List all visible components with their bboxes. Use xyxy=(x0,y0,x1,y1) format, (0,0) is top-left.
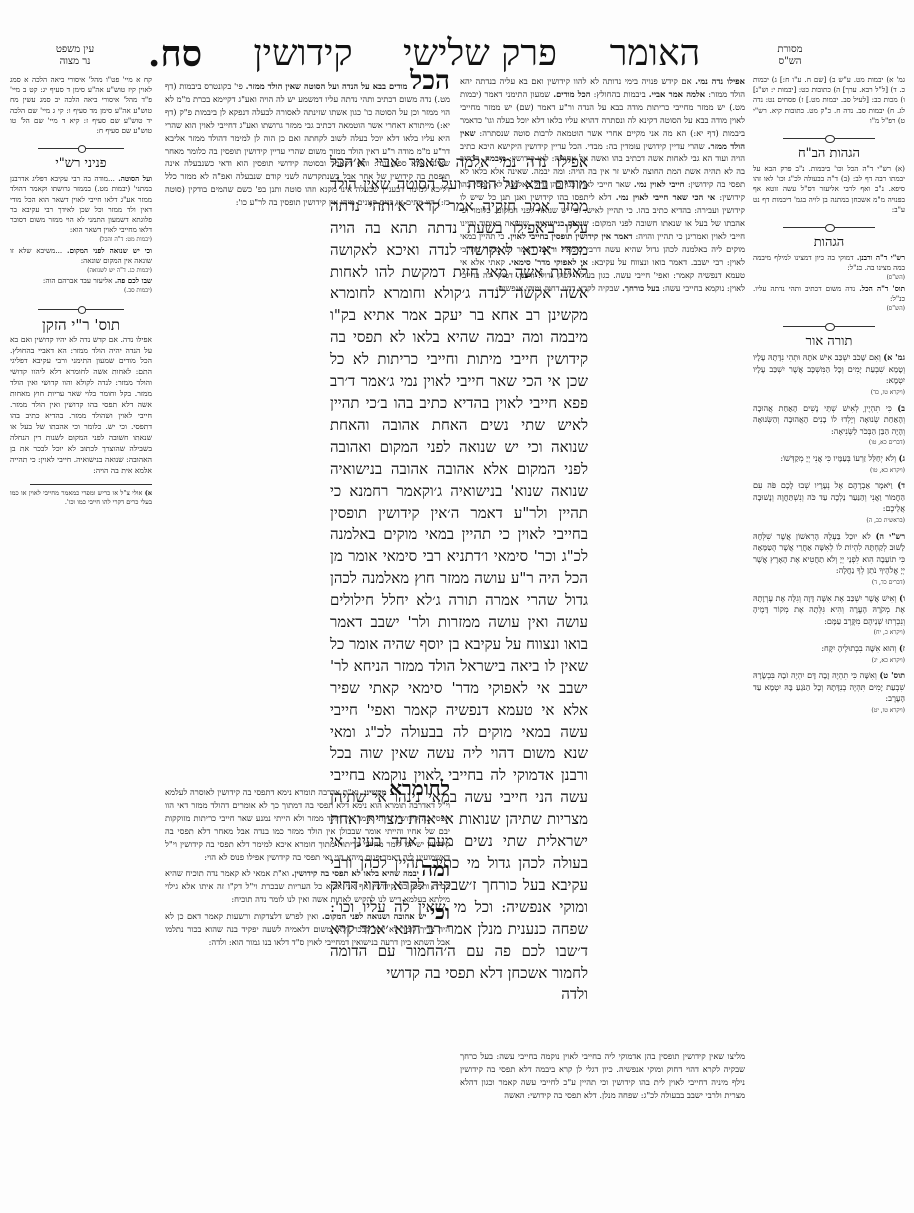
torah-or-entry: ג) וְלֹא יְחַלֵּל זַרְעוֹ בְּעַמָּיו כִּ… xyxy=(753,453,905,476)
penini-entry: ועל הסוטה. ...מודה בה רבי עקיבא דפליג אד… xyxy=(10,174,152,245)
tosafot-dibbur-hamatchil: מקשינן. xyxy=(361,787,386,797)
footnote-text: אולי צ"ל או כריש ומפרי כמאמר מחייבי לאוי… xyxy=(10,489,152,506)
ornament-divider xyxy=(38,305,123,313)
rashi-lower-block: מליצו שאין קידושין תופסין בהן אדמוקי ליה… xyxy=(460,1050,745,1102)
hagahot-habach-title: הגהות הב"ח xyxy=(753,146,905,162)
masoret-label-line1: מסורת xyxy=(755,44,825,56)
torah-or-list: גמ' א) וְאִם שָׁכֹב יִשְׁכַּב אִישׁ אֹתָ… xyxy=(753,352,905,716)
ein-mishpat-label: עין משפט נר מצוה xyxy=(40,44,110,68)
masoret-hashas-label: מסורת הש"ס xyxy=(755,44,825,68)
tosafot-paragraph: וכי יש אהובה ושנואה לפני המקום. ואין לפר… xyxy=(165,906,450,949)
verse-mark: ו) xyxy=(899,593,905,603)
penini-entry-head: שבו לכם פה. xyxy=(115,276,152,285)
masoret-hashas-text: גמ' א) יבמות מט. ע"ש ב) [שם ח. ע"ו ח:] ג… xyxy=(753,75,905,126)
tosafot-opening-word: וכי xyxy=(430,900,450,924)
verse-text: כִּי תִהְיֶיןָ לְאִישׁ שְׁתֵּי נָשִׁים ה… xyxy=(753,404,905,436)
rashi-dibbur-hamatchil: אי הכי שאר חייבי לאוין נמי. xyxy=(616,192,715,202)
verse-text: וְהוּא אִשָּׁה בִבְתוּלֶיהָ יִקָּח: xyxy=(821,644,896,653)
hagahot-entry: תוס' ד"ה הכל. נדה משום דכתיב ותהי נדתה ע… xyxy=(753,284,905,315)
tosafot-opening-word: ומה xyxy=(422,857,450,881)
ein-mishpat-line2: נר מצוה xyxy=(40,56,110,68)
penini-entry-source: (יבמות סב.) xyxy=(10,286,152,296)
penini-entry-head: וכי יש שנואה לפני המקום. xyxy=(67,246,152,255)
chapter-first-word: האומר xyxy=(600,34,710,74)
verse-source: (בראשית כב, ה) xyxy=(753,515,905,527)
footnote-mark: א) xyxy=(145,489,152,497)
right-sidebar: גמ' א) יבמות מט. ע"ש ב) [שם ח. ע"ו ח:] ג… xyxy=(753,75,905,720)
torah-or-entry: ו) וְאִישׁ אֲשֶׁר יִשְׁכַּב אֶת אִשָּׁה … xyxy=(753,593,905,639)
torah-or-entry: גמ' א) וְאִם שָׁכֹב יִשְׁכַּב אִישׁ אֹתָ… xyxy=(753,352,905,398)
rashi-dibbur-hamatchil: חייבי לאוין נמי. xyxy=(634,179,685,189)
penini-entry-head: ועל הסוטה. xyxy=(118,174,152,183)
gemara-last-word: ולדה xyxy=(330,984,588,1006)
torah-or-entry: ד) וַיֹּאמֶר אַבְרָהָם אֶל נְעָרָיו שְׁב… xyxy=(753,480,905,526)
ein-mishpat-text: קח א מיי' פט"ו מהל' איסורי ביאה הלכה א ס… xyxy=(10,75,152,136)
verse-text: וְאִישׁ אֲשֶׁר יִשְׁכַּב אֶת אִשָּׁה דָּ… xyxy=(753,594,905,626)
hagahot-entry-source: (הש"ס) xyxy=(753,273,905,283)
masoret-label-line2: הש"ס xyxy=(755,56,825,68)
verse-source: (דברים כד, ד) xyxy=(753,577,905,589)
hagahot-habach-text: (א) רש"י ד"ה הכל וכו' ביבמות. נ"ב פרק הב… xyxy=(753,164,905,215)
ornament-divider xyxy=(38,144,123,152)
ornament-divider xyxy=(783,223,874,231)
penini-entry-source: (יבמות מט: ד"ה והכל) xyxy=(10,235,152,245)
tosafot-dibbur-hamatchil: יבמה שהיא בלאו לא תפסי בה קידושין. xyxy=(292,868,419,878)
folio-number: סח. xyxy=(140,34,210,74)
ornament-divider xyxy=(783,322,874,330)
torah-or-entry: רש"י ה) לֹא יוּכַל בַּעְלָהּ הָרִאשׁוֹן … xyxy=(753,531,905,589)
verse-source: (ויקרא כא, טו) xyxy=(753,465,905,477)
verse-mark: ד) xyxy=(897,480,905,490)
tosafot-dibbur-hamatchil: יש אהובה ושנואה לפני המקום. xyxy=(322,911,427,921)
hagahot-entry: רש"י ד"ה ורבנן. דמוקי בה כיון דמצינו למי… xyxy=(753,253,905,284)
rashi-dibbur-hamatchil: בעל כורחך. xyxy=(622,283,660,293)
penini-entry: וכי יש שנואה לפני המקום. ...משיבא שלא זו… xyxy=(10,246,152,277)
hagahot-entry-head: תוס' ד"ה הכל. xyxy=(859,284,905,293)
ein-mishpat-line1: עין משפט xyxy=(40,44,110,56)
tosafot-dibbur-hamatchil: מודים בבא על הנדה ועל הסוטה שאין הולד ממ… xyxy=(246,81,408,91)
footnote: א) אולי צ"ל או כריש ומפרי כמאמר מחייבי ל… xyxy=(10,489,152,507)
ornament-divider xyxy=(783,134,874,142)
verse-source: (ויקרא כא, יג) xyxy=(753,655,905,667)
footnote-rule xyxy=(30,484,152,485)
tosafot-paragraph: לחומרא מקשינן. וא"ת אדרבה תומרא נימא דתפ… xyxy=(165,782,450,863)
penini-rashi-title: פניני רש"י xyxy=(10,156,152,172)
torah-or-entry: ז) וְהוּא אִשָּׁה בִבְתוּלֶיהָ יִקָּח:(ו… xyxy=(753,643,905,666)
rashi-dibbur-hamatchil: הכל מודים. xyxy=(553,89,590,99)
verse-mark: ג) xyxy=(899,453,905,463)
tosafot-lower-block: לחומרא מקשינן. וא"ת אדרבה תומרא נימא דתפ… xyxy=(165,782,450,949)
verse-text: וְלֹא יְחַלֵּל זַרְעוֹ בְּעַמָּיו כִּי א… xyxy=(780,454,896,463)
verse-text: וַיֹּאמֶר אַבְרָהָם אֶל נְעָרָיו שְׁבוּ … xyxy=(753,481,905,513)
verse-source: (דברים כא, טו) xyxy=(753,437,905,449)
tosafot-opening-word: הכל xyxy=(410,66,450,96)
tosafot-opening-word: לחומרא xyxy=(389,776,450,800)
penini-entry-text: ...מודה בה רבי עקיבא דפליג אדרבנן במתני'… xyxy=(10,174,152,234)
rashi-dibbur-hamatchil: אפילו נדה נמי. xyxy=(695,76,745,86)
verse-mark: רש"י ה) xyxy=(876,531,905,541)
hagahot-entry-source: (הש"ס) xyxy=(753,304,905,314)
hagahot-entry-head: רש"י ד"ה ורבנן. xyxy=(857,253,905,262)
tosafot-hazaken-text: אפילו נדה. אם קדש נדה לא יהיו קדושין ואם… xyxy=(10,335,152,477)
rashi-dibbur-hamatchil: אלמה אמר אביי. xyxy=(649,89,705,99)
rashi-paragraph: מליצו שאין קידושין תופסין בהן אדמוקי ליה… xyxy=(460,1050,745,1102)
torah-or-title: תורה אור xyxy=(753,334,905,350)
torah-or-entry: ב) כִּי תִהְיֶיןָ לְאִישׁ שְׁתֵּי נָשִׁי… xyxy=(753,403,905,449)
tosafot-text: וא"ת אדרבה תומרא נימא דתפסי בה קידושין ל… xyxy=(165,787,450,862)
tosafot-paragraph: ומה יבמה שהיא בלאו לא תפסי בה קידושין. ו… xyxy=(165,863,450,906)
verse-source: (ויקרא טו, יט) xyxy=(753,705,905,717)
torah-or-entry: תוס' ט) וְאִשָּׁה כִּי תִהְיֶה זָבָה דָּ… xyxy=(753,670,905,716)
verse-mark: ז) xyxy=(899,643,905,653)
verse-mark: גמ' א) xyxy=(883,352,905,362)
tractate-name: קידושין xyxy=(228,34,378,74)
penini-entry-text: אליעזר עבד אברהם הוה: xyxy=(43,276,112,285)
rashi-text: ביבמות בהחולץ: xyxy=(594,89,646,99)
verse-mark: ב) xyxy=(897,403,905,413)
penini-entry: שבו לכם פה. אליעזר עבד אברהם הוה:(יבמות … xyxy=(10,276,152,296)
verse-mark: תוס' ט) xyxy=(880,670,906,680)
left-sidebar: קח א מיי' פט"ו מהל' איסורי ביאה הלכה א ס… xyxy=(10,75,152,507)
hagahot-title: הגהות xyxy=(753,235,905,251)
penini-entry-source: (יבמות כג. ד"ה יש לשנואה) xyxy=(10,266,152,276)
tosafot-hazaken-title: תוס' ר"י הזקן xyxy=(10,317,152,333)
verse-source: (ויקרא טו, כד) xyxy=(753,387,905,399)
verse-source: (ויקרא כ, יח) xyxy=(753,627,905,639)
